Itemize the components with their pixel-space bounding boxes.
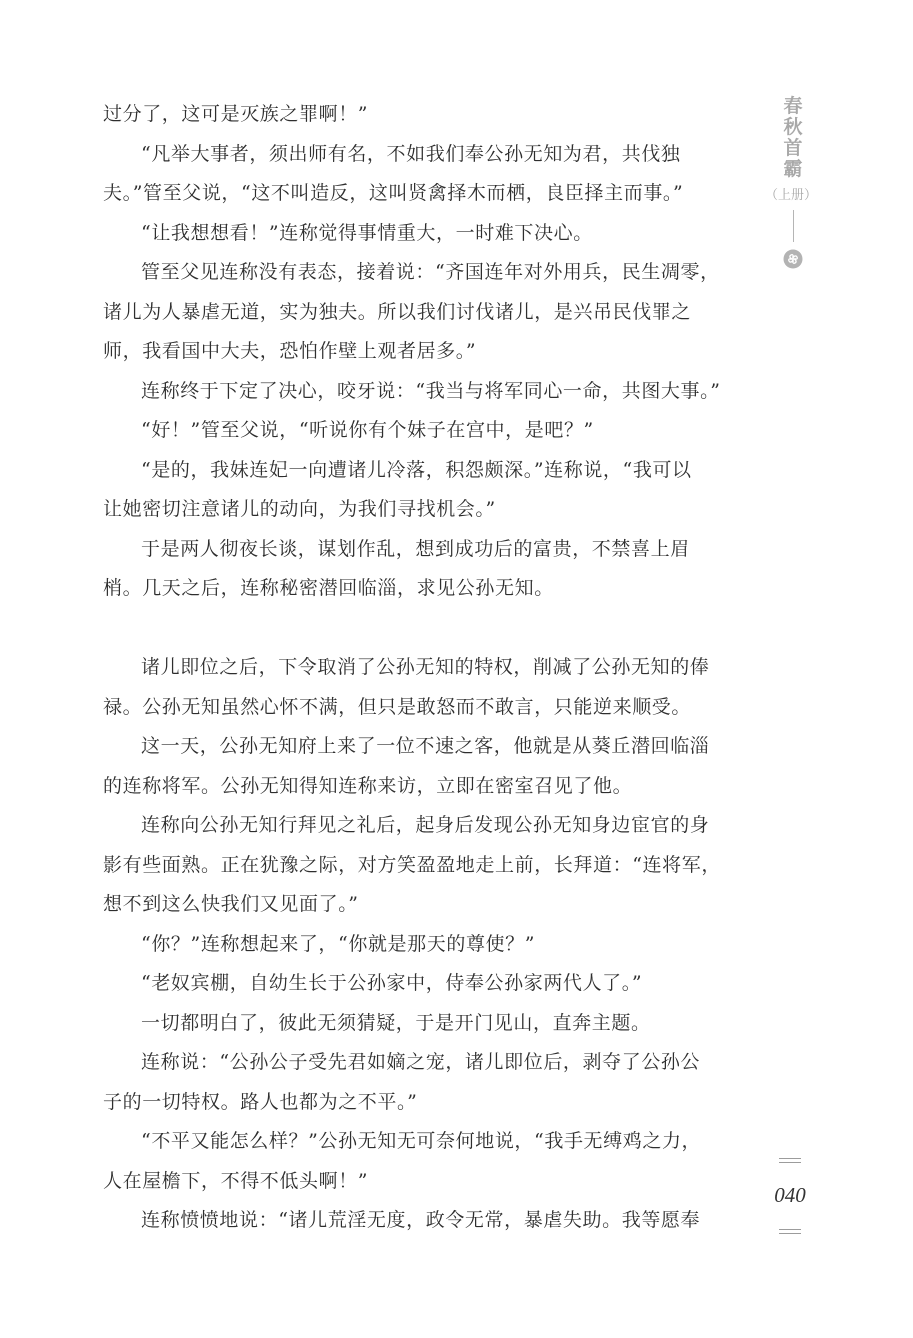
text-line: “不平又能怎么样？”公孙无知无可奈何地说，“我手无缚鸡之力， [103,1122,727,1162]
text-line: 梢。几天之后，连称秘密潜回临淄，求见公孙无知。 [103,569,727,609]
body-text: 过分了，这可是灭族之罪啊！” “凡举大事者，须出师有名，不如我们奉公孙无知为君，… [103,95,727,1241]
text-line: “老奴宾棚，自幼生长于公孙家中，侍奉公孙家两代人了。” [103,964,727,1004]
text-line: “好！”管至父说，“听说你有个妹子在宫中，是吧？” [103,411,727,451]
text-line: 于是两人彻夜长谈，谋划作乱，想到成功后的富贵，不禁喜上眉 [103,530,727,570]
double-rule-bottom [779,1229,801,1234]
book-page: 过分了，这可是灭族之罪啊！” “凡举大事者，须出师有名，不如我们奉公孙无知为君，… [0,0,913,1338]
text-line: 管至父见连称没有表态，接着说：“齐国连年对外用兵，民生凋零， [103,253,727,293]
page-number: 040 [774,1183,806,1207]
text-line: 想不到这么快我们又见面了。” [103,885,727,925]
text-line: “凡举大事者，须出师有名，不如我们奉公孙无知为君，共伐独 [103,135,727,175]
text-line: “你？”连称想起来了，“你就是那天的尊使？” [103,925,727,965]
text-line: 影有些面熟。正在犹豫之际，对方笑盈盈地走上前，长拜道：“连将军， [103,846,727,886]
text-line: 子的一切特权。路人也都为之不平。” [103,1083,727,1123]
text-line: 让她密切注意诸儿的动向，为我们寻找机会。” [103,490,727,530]
text-line: 一切都明白了，彼此无须猜疑，于是开门见山，直奔主题。 [103,1004,727,1044]
text-line: 禄。公孙无知虽然心怀不满，但只是敢怒而不敢言，只能逆来顺受。 [103,688,727,728]
text-line: 的连称将军。公孙无知得知连称来访，立即在密室召见了他。 [103,767,727,807]
text-line: 师，我看国中大夫，恐怕作壁上观者居多。” [103,332,727,372]
text-line: 连称愤愤地说：“诸儿荒淫无度，政令无常，暴虐失助。我等愿奉 [103,1201,727,1241]
swirl-emblem-icon [783,249,803,269]
text-line: 夫。”管至父说，“这不叫造反，这叫贤禽择木而栖，良臣择主而事。” [103,174,727,214]
text-line: “让我想想看！”连称觉得事情重大，一时难下决心。 [103,214,727,254]
text-line: 这一天，公孙无知府上来了一位不速之客，他就是从葵丘潜回临淄 [103,727,727,767]
running-title: 春 秋 首 霸 （上册） [779,96,807,269]
text-line: 连称说：“公孙公子受先君如嫡之宠，诸儿即位后，剥夺了公孙公 [103,1043,727,1083]
page-number-block: 040 [773,1158,807,1234]
text-line: 连称向公孙无知行拜见之礼后，起身后发现公孙无知身边宦官的身 [103,806,727,846]
text-line: 诸儿为人暴虐无道，实为独夫。所以我们讨伐诸儿，是兴吊民伐罪之 [103,293,727,333]
text-line: “是的，我妹连妃一向遭诸儿冷落，积怨颇深。”连称说，“我可以 [103,451,727,491]
text-line: 过分了，这可是灭族之罪啊！” [103,95,727,135]
running-title-char: 春 [783,96,802,117]
divider-line [793,210,794,242]
running-title-char: 秋 [783,117,802,138]
running-title-char: 霸 [783,159,802,180]
double-rule-top [779,1158,801,1163]
running-title-char: 首 [783,138,802,159]
text-line: 连称终于下定了决心，咬牙说：“我当与将军同心一命，共图大事。” [103,372,727,412]
section-break [103,609,727,649]
text-line: 诸儿即位之后，下令取消了公孙无知的特权，削减了公孙无知的俸 [103,648,727,688]
text-line: 人在屋檐下，不得不低头啊！” [103,1162,727,1202]
volume-label: （上册） [765,188,817,204]
